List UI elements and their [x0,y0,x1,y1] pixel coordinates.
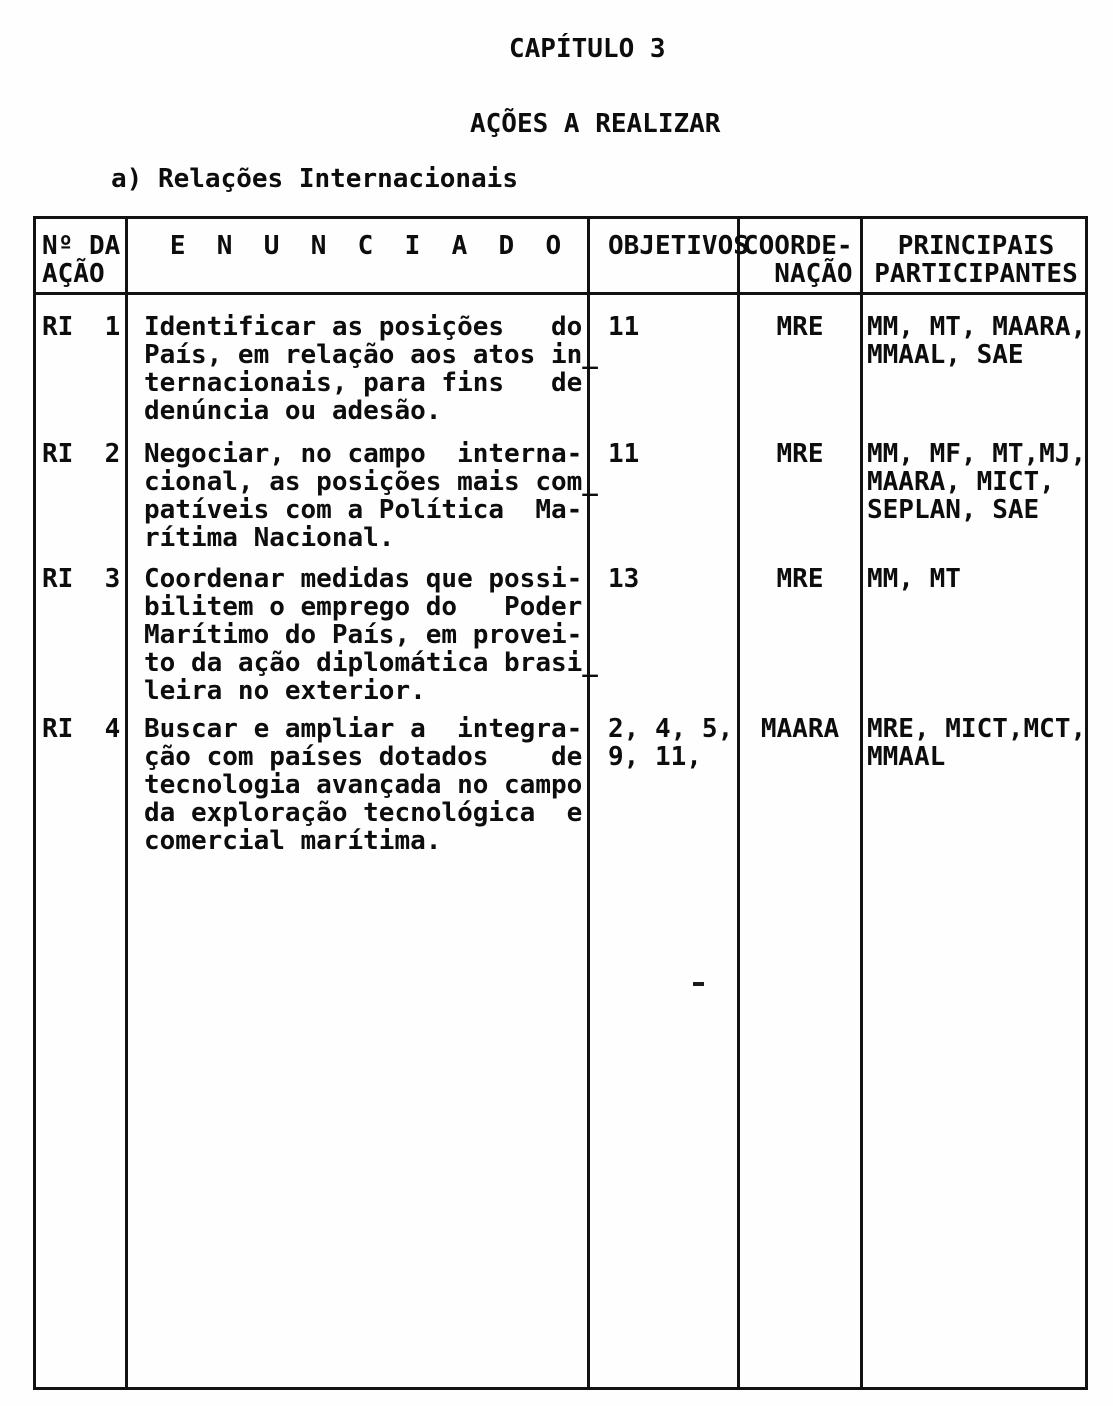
chapter-title: CAPÍTULO 3 [509,35,666,63]
action-number-cell: RI 2 [36,428,128,553]
statement-cell: Buscar e ampliar a integra- ção com país… [128,703,590,1387]
coordination-cell: MRE [740,428,863,553]
header-statement: E N U N C I A D O [128,219,590,292]
action-number-cell: RI 1 [36,295,128,428]
objectives-cell: 13 [590,553,740,705]
header-participants: PRINCIPAIS PARTICIPANTES [863,219,1085,292]
header-coordination: COORDE- NAÇÃO [740,219,863,292]
actions-table: Nº DA AÇÃO E N U N C I A D O OBJETIVOS C… [33,216,1088,1390]
objectives-cell: 2, 4, 5, 9, 11, [590,703,740,1387]
header-action-number: Nº DA AÇÃO [36,219,128,292]
section-title: AÇÕES A REALIZAR [470,110,720,138]
objectives-cell: 11 [590,295,740,428]
table-header-row: Nº DA AÇÃO E N U N C I A D O OBJETIVOS C… [36,219,1085,295]
table-row: RI 3 Coordenar medidas que possi- bilite… [36,553,1085,703]
table-row: RI 4 Buscar e ampliar a integra- ção com… [36,703,1085,1387]
action-number-cell: RI 3 [36,553,128,705]
statement-cell: Negociar, no campo interna- cional, as p… [128,428,590,553]
participants-cell: MRE, MICT,MCT, MMAAL [863,703,1086,1387]
table-row: RI 2 Negociar, no campo interna- cional,… [36,428,1085,553]
stray-mark [693,982,704,986]
statement-cell: Identificar as posições do País, em rela… [128,295,590,428]
subsection-title: a) Relações Internacionais [111,165,518,193]
coordination-cell: MRE [740,295,863,428]
participants-cell: MM, MT, MAARA, MMAAL, SAE [863,295,1086,428]
objectives-cell: 11 [590,428,740,553]
coordination-cell: MRE [740,553,863,705]
header-objectives: OBJETIVOS [590,219,740,292]
scanned-document-page: CAPÍTULO 3 AÇÕES A REALIZAR a) Relações … [0,0,1113,1406]
action-number-cell: RI 4 [36,703,128,1387]
coordination-cell: MAARA [740,703,863,1387]
participants-cell: MM, MT [863,553,1085,705]
statement-cell: Coordenar medidas que possi- bilitem o e… [128,553,590,705]
table-row: RI 1 Identificar as posições do País, em… [36,295,1085,428]
participants-cell: MM, MF, MT,MJ, MAARA, MICT, SEPLAN, SAE [863,428,1086,553]
